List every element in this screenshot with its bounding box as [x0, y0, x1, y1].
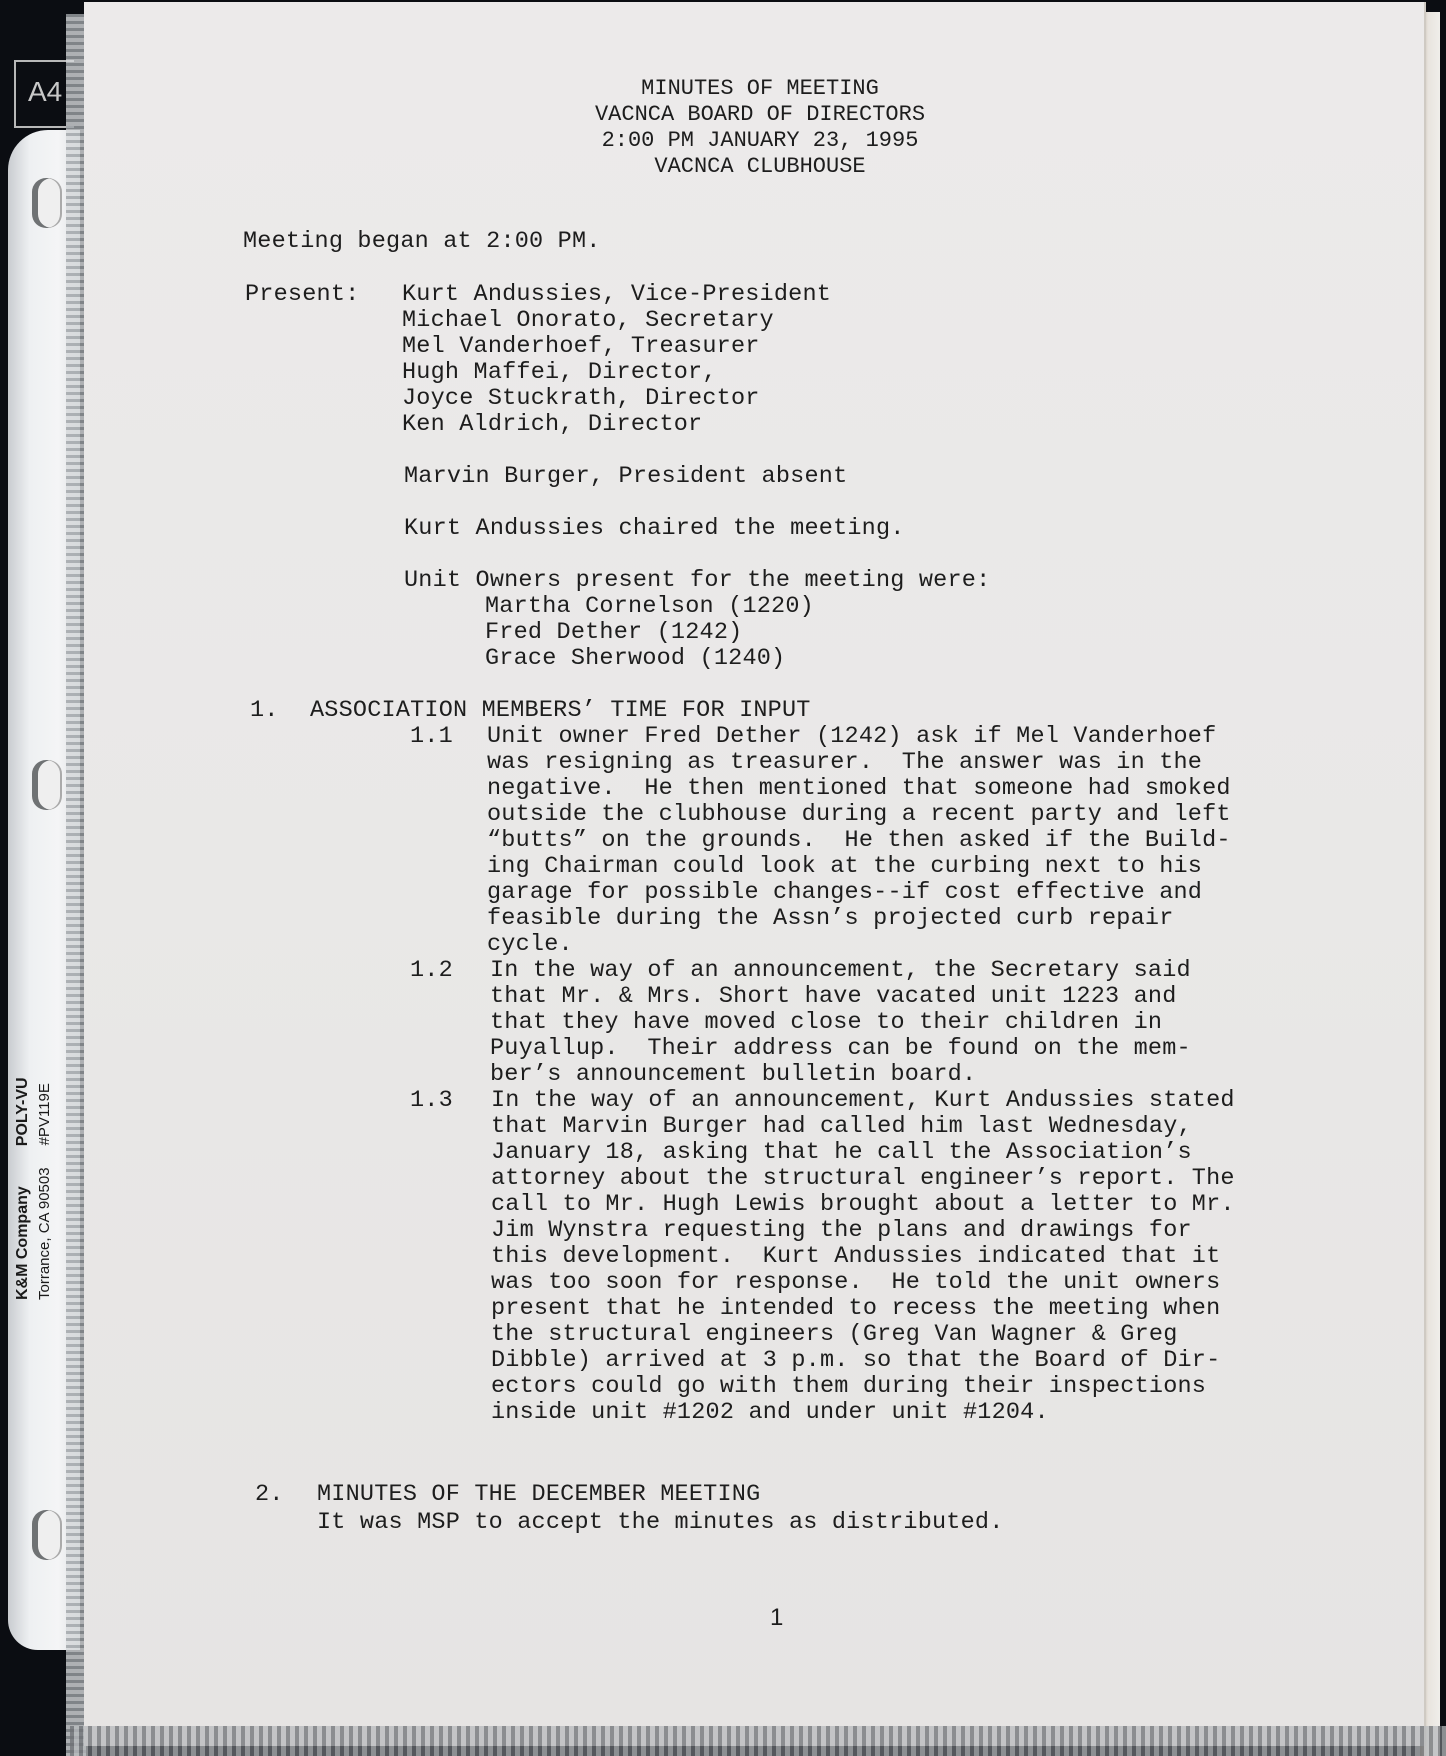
item-line: Unit owner Fred Dether (1242) ask if Mel…: [487, 724, 1216, 750]
item-line: attorney about the structural engineer’s…: [491, 1166, 1235, 1192]
item-line: Jim Wynstra requesting the plans and dra…: [491, 1218, 1192, 1244]
binder-tab-label: A4: [14, 60, 74, 128]
item-line: “butts” on the grounds. He then asked if…: [487, 828, 1231, 854]
item-line: In the way of an announcement, Kurt Andu…: [491, 1088, 1235, 1114]
item-line: Puyallup. Their address can be found on …: [490, 1036, 1191, 1062]
sheet-protector-bottom-edge: [70, 1726, 1446, 1756]
item-line: ectors could go with them during their i…: [491, 1374, 1206, 1400]
section-title: ASSOCIATION MEMBERS’ TIME FOR INPUT: [310, 698, 811, 724]
item-line: ber’s announcement bulletin board.: [490, 1062, 976, 1088]
present-member: Mel Vanderhoef, Treasurer: [402, 334, 760, 360]
item-line: was resigning as treasurer. The answer w…: [487, 750, 1202, 776]
section-title: MINUTES OF THE DECEMBER MEETING: [317, 1482, 760, 1508]
header-datetime: 2:00 PM JANUARY 23, 1995: [480, 128, 1040, 154]
item-line: present that he intended to recess the m…: [491, 1296, 1220, 1322]
present-member: Joyce Stuckrath, Director: [402, 386, 760, 412]
section-number: 1.: [250, 698, 279, 724]
item-line: outside the clubhouse during a recent pa…: [487, 802, 1231, 828]
owner-entry: Fred Dether (1242): [485, 620, 742, 646]
header-location: VACNCA CLUBHOUSE: [480, 154, 1040, 180]
section-number: 2.: [255, 1482, 284, 1508]
chair-note: Kurt Andussies chaired the meeting.: [404, 516, 905, 542]
present-label: Present:: [245, 282, 359, 308]
header-organization: VACNCA BOARD OF DIRECTORS: [480, 102, 1040, 128]
item-line: cycle.: [487, 932, 573, 958]
item-line: inside unit #1202 and under unit #1204.: [491, 1400, 1049, 1426]
vendor-sku: #PV119E: [36, 1083, 53, 1145]
owner-entry: Martha Cornelson (1220): [485, 594, 814, 620]
binder-hole-icon: [32, 760, 62, 810]
binder-hole-icon: [32, 1510, 62, 1560]
present-member: Hugh Maffei, Director,: [402, 360, 717, 386]
item-line: was too soon for response. He told the u…: [491, 1270, 1220, 1296]
owners-intro: Unit Owners present for the meeting were…: [404, 568, 990, 594]
vendor-name: K&M Company: [14, 1186, 31, 1300]
vendor-product: POLY-VU: [14, 1077, 31, 1146]
item-line: negative. He then mentioned that someone…: [487, 776, 1231, 802]
document-header: MINUTES OF MEETING VACNCA BOARD OF DIREC…: [480, 76, 1040, 180]
item-line: that Marvin Burger had called him last W…: [491, 1114, 1192, 1140]
opening-statement: Meeting began at 2:00 PM.: [243, 229, 601, 255]
present-member: Michael Onorato, Secretary: [402, 308, 774, 334]
item-line: Dibble) arrived at 3 p.m. so that the Bo…: [491, 1348, 1220, 1374]
item-number: 1.2: [410, 958, 453, 984]
item-number: 1.1: [410, 724, 453, 750]
item-line: ing Chairman could look at the curbing n…: [487, 854, 1202, 880]
item-line: January 18, asking that he call the Asso…: [491, 1140, 1192, 1166]
item-line: the structural engineers (Greg Van Wagne…: [491, 1322, 1178, 1348]
absent-note: Marvin Burger, President absent: [404, 464, 847, 490]
item-line: that they have moved close to their chil…: [490, 1010, 1162, 1036]
vendor-address: Torrance, CA 90503: [36, 1167, 53, 1300]
item-line: garage for possible changes--if cost eff…: [487, 880, 1202, 906]
header-title: MINUTES OF MEETING: [480, 76, 1040, 102]
item-line: this development. Kurt Andussies indicat…: [491, 1244, 1220, 1270]
section-body: It was MSP to accept the minutes as dist…: [317, 1510, 1004, 1536]
item-line: that Mr. & Mrs. Short have vacated unit …: [490, 984, 1177, 1010]
owner-entry: Grace Sherwood (1240): [485, 646, 785, 672]
binder-hole-icon: [32, 178, 62, 228]
page-number: 1: [770, 1604, 783, 1632]
vendor-imprint: K&M CompanyPOLY-VU Torrance, CA 90503#PV…: [14, 1077, 53, 1300]
sheet-protector-edge: [66, 14, 86, 1756]
item-line: In the way of an announcement, the Secre…: [490, 958, 1191, 984]
item-line: call to Mr. Hugh Lewis brought about a l…: [491, 1192, 1235, 1218]
present-member: Ken Aldrich, Director: [402, 412, 702, 438]
present-member: Kurt Andussies, Vice-President: [402, 282, 831, 308]
item-line: feasible during the Assn’s projected cur…: [487, 906, 1174, 932]
item-number: 1.3: [410, 1088, 453, 1114]
